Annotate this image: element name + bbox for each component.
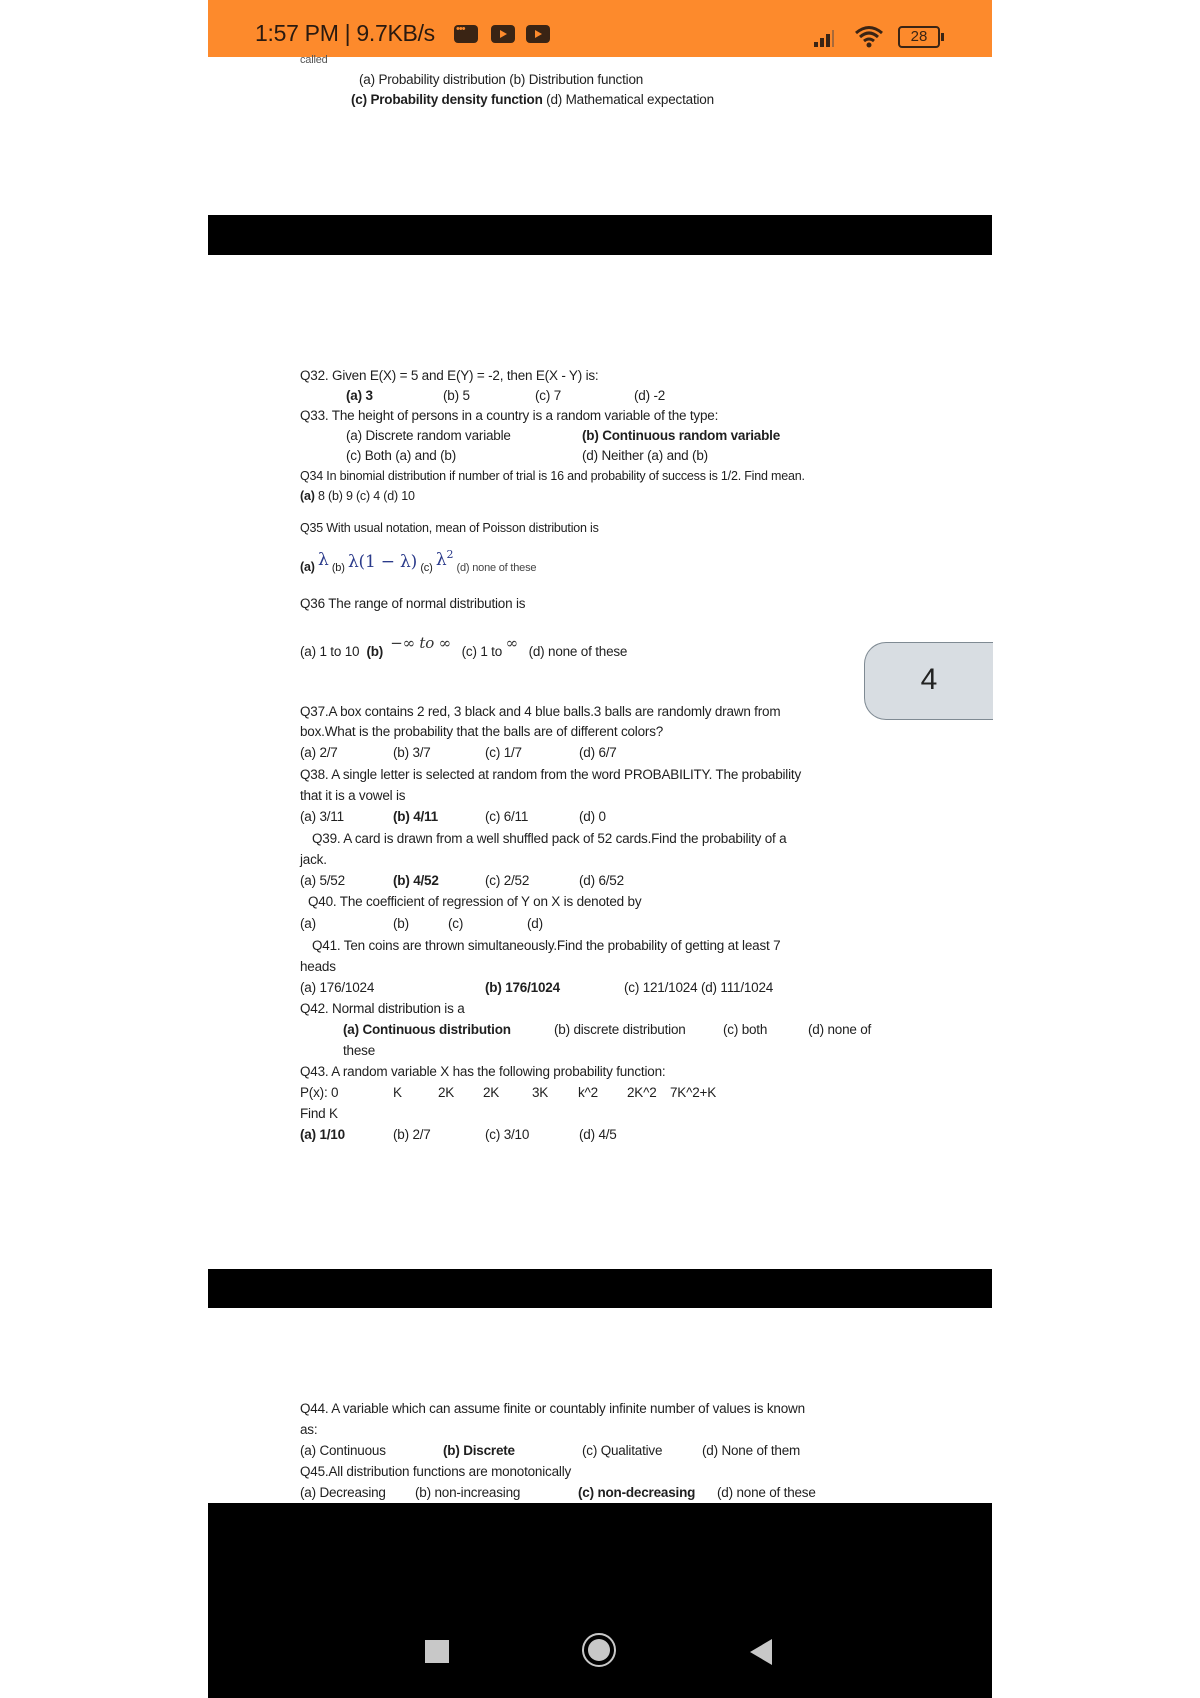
recents-button[interactable] <box>425 1640 449 1663</box>
q42-question: Q42. Normal distribution is a <box>300 1001 465 1016</box>
page-number: 4 <box>865 663 993 697</box>
q38-option-b: (b) 4/11 <box>393 809 438 824</box>
q33-option-a: (a) Discrete random variable <box>346 428 511 443</box>
wifi-icon <box>854 24 884 48</box>
message-icon <box>454 25 478 43</box>
q40-question: Q40. The coefficient of regression of Y … <box>308 894 641 909</box>
page-indicator: 4 <box>864 642 993 720</box>
q33-option-c: (c) Both (a) and (b) <box>346 448 456 463</box>
q41-option-b: (b) 176/1024 <box>485 980 560 995</box>
youtube-icon <box>491 25 515 43</box>
q41-options-cd: (c) 121/1024 (d) 111/1024 <box>624 980 773 995</box>
q32-question: Q32. Given E(X) = 5 and E(Y) = -2, then … <box>300 368 598 383</box>
q43-px-7: 7K^2+K <box>670 1085 716 1100</box>
q37-option-b: (b) 3/7 <box>393 745 431 760</box>
battery-icon: 28 <box>898 26 940 48</box>
q41-option-a: (a) 176/1024 <box>300 980 374 995</box>
q38-question-line1: Q38. A single letter is selected at rand… <box>300 767 801 782</box>
q39-option-c: (c) 2/52 <box>485 873 529 888</box>
q39-option-d: (d) 6/52 <box>579 873 624 888</box>
youtube-icon <box>526 25 550 43</box>
q43-option-d: (d) 4/5 <box>579 1127 617 1142</box>
q38-option-d: (d) 0 <box>579 809 606 824</box>
q43-px-6: 2K^2 <box>627 1085 657 1100</box>
q36-options: (a) 1 to 10 (b) −∞ to ∞ (c) 1 to ∞ (d) n… <box>300 642 627 660</box>
q44-option-c: (c) Qualitative <box>582 1443 662 1458</box>
q40-option-a: (a) <box>300 916 316 931</box>
q43-px-5: k^2 <box>578 1085 598 1100</box>
q37-option-d: (d) 6/7 <box>579 745 617 760</box>
q42-option-b: (b) discrete distribution <box>554 1022 686 1037</box>
q42-option-d-cont: these <box>343 1043 375 1058</box>
lambda-symbol: λ <box>318 550 329 570</box>
q39-option-a: (a) 5/52 <box>300 873 345 888</box>
q40-option-d: (d) <box>527 916 543 931</box>
q42-option-c: (c) both <box>723 1022 767 1037</box>
infinity-symbol: ∞ <box>506 634 518 652</box>
q33-question: Q33. The height of persons in a country … <box>300 408 718 423</box>
q43-px-1: K <box>393 1085 402 1100</box>
q32-option-a: (a) 3 <box>346 388 373 403</box>
navigation-bar <box>208 1503 992 1698</box>
q39-option-b: (b) 4/52 <box>393 873 439 888</box>
q44-question-line2: as: <box>300 1422 317 1437</box>
q32-option-c: (c) 7 <box>535 388 561 403</box>
q44-option-b: (b) Discrete <box>443 1443 515 1458</box>
q45-question: Q45.All distribution functions are monot… <box>300 1464 571 1479</box>
q38-question-line2: that it is a vowel is <box>300 788 405 803</box>
redaction-bar <box>208 1269 992 1308</box>
q36-question: Q36 The range of normal distribution is <box>300 596 525 611</box>
q43-option-b: (b) 2/7 <box>393 1127 431 1142</box>
q34-options: (a) 8 (b) 9 (c) 4 (d) 10 <box>300 489 415 503</box>
q37-option-a: (a) 2/7 <box>300 745 338 760</box>
q45-option-a: (a) Decreasing <box>300 1485 386 1500</box>
q45-option-c: (c) non-decreasing <box>578 1485 695 1500</box>
q38-option-c: (c) 6/11 <box>485 809 528 824</box>
q37-question-line2: box.What is the probability that the bal… <box>300 724 663 739</box>
signal-icon <box>814 27 842 47</box>
q43-px-4: 3K <box>532 1085 548 1100</box>
q44-question-line1: Q44. A variable which can assume finite … <box>300 1401 805 1416</box>
q35-options: (a) λ (b) λ(1 − λ) (c) λ2 (d) none of th… <box>300 556 536 576</box>
q39-question-line2: jack. <box>300 852 327 867</box>
back-button[interactable] <box>750 1639 772 1665</box>
q40-option-b: (b) <box>393 916 409 931</box>
q41-question-line1: Q41. Ten coins are thrown simultaneously… <box>312 938 780 953</box>
q31-options-ab: (a) Probability distribution (b) Distrib… <box>359 72 643 87</box>
home-button[interactable] <box>582 1633 616 1667</box>
q37-option-c: (c) 1/7 <box>485 745 522 760</box>
q45-option-d: (d) none of these <box>717 1485 816 1500</box>
q41-question-line2: heads <box>300 959 336 974</box>
time-and-speed: 1:57 PM | 9.7KB/s <box>255 20 435 47</box>
q35-question: Q35 With usual notation, mean of Poisson… <box>300 521 599 535</box>
q43-px-3: 2K <box>483 1085 499 1100</box>
q43-option-c: (c) 3/10 <box>485 1127 529 1142</box>
q43-find: Find K <box>300 1106 338 1121</box>
q33-option-b: (b) Continuous random variable <box>582 428 780 443</box>
q31-option-d: (d) Mathematical expectation <box>543 92 714 107</box>
q34-question: Q34 In binomial distribution if number o… <box>300 469 805 483</box>
q43-question: Q43. A random variable X has the followi… <box>300 1064 665 1079</box>
q37-question-line1: Q37.A box contains 2 red, 3 black and 4 … <box>300 704 780 719</box>
q44-option-d: (d) None of them <box>702 1443 800 1458</box>
q42-option-a: (a) Continuous distribution <box>343 1022 511 1037</box>
q38-option-a: (a) 3/11 <box>300 809 344 824</box>
q32-option-d: (d) -2 <box>634 388 665 403</box>
q39-question-line1: Q39. A card is drawn from a well shuffle… <box>312 831 786 846</box>
q43-px-0: P(x): 0 <box>300 1085 338 1100</box>
status-bar: 1:57 PM | 9.7KB/s 28 <box>208 0 992 57</box>
infinity-range: −∞ to ∞ <box>390 634 451 652</box>
q31-options-cd: (c) Probability density function (d) Mat… <box>351 92 714 107</box>
q33-option-d: (d) Neither (a) and (b) <box>582 448 708 463</box>
q43-px-2: 2K <box>438 1085 454 1100</box>
redaction-bar <box>208 215 992 255</box>
q45-option-b: (b) non-increasing <box>415 1485 520 1500</box>
q31-option-c: (c) Probability density function <box>351 92 543 107</box>
q44-option-a: (a) Continuous <box>300 1443 386 1458</box>
q42-option-d: (d) none of <box>808 1022 871 1037</box>
cut-text: called <box>300 54 328 66</box>
q43-option-a: (a) 1/10 <box>300 1127 345 1142</box>
q32-option-b: (b) 5 <box>443 388 470 403</box>
q40-option-c: (c) <box>448 916 463 931</box>
